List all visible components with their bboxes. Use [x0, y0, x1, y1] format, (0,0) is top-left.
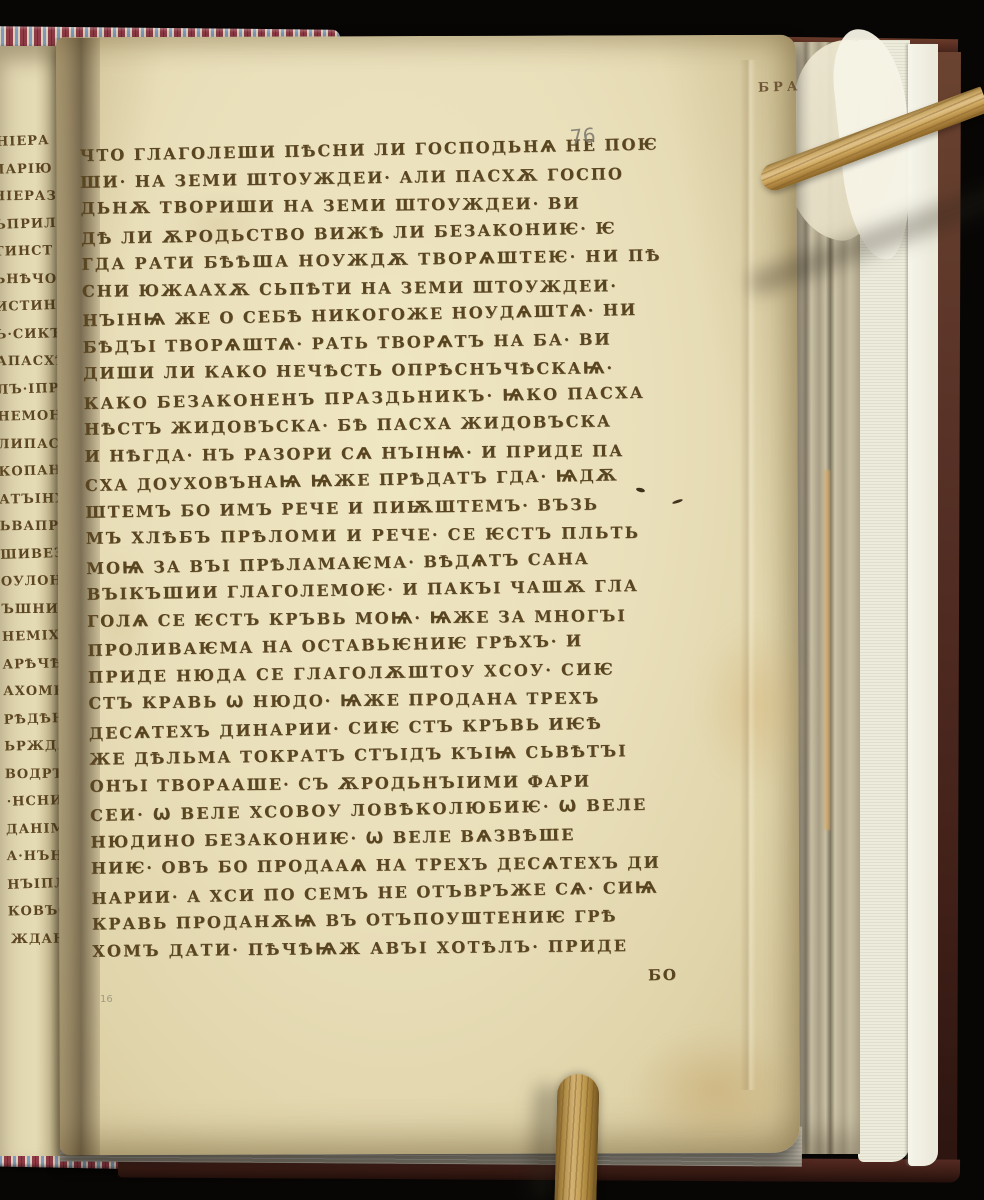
facing-page-line-fragment: Ь·СИКЪ	[0, 320, 54, 349]
facing-page-line-fragment: НЕМОНЕІ	[0, 402, 56, 431]
facing-page-line-fragment: А·НЪНЕ	[7, 843, 64, 871]
facing-page-line-fragment: ТИНСТ	[0, 237, 52, 266]
facing-page-line-fragment: АРѢЧѢ	[2, 650, 61, 679]
facing-page-line-fragment: КОПАН	[0, 457, 57, 486]
facing-page-line-fragment: ПАРІЮ	[0, 155, 51, 184]
facing-page-line-fragment: АТЪІНХ	[0, 485, 57, 514]
wooden-page-holder-stick-bottom	[554, 1073, 599, 1200]
pencil-folio-number: 76	[569, 123, 597, 150]
facing-page-text-column: НІЕРАПАРІЮНІЕРАЗЪПРИЛОТИНСТЬНѢЧОУИСТИНЬ·…	[0, 127, 64, 953]
facing-page-line-fragment: НІЕРАЗ	[0, 183, 51, 211]
facing-page-line-fragment: ЪПРИЛО	[0, 210, 52, 239]
fore-edge-stain	[824, 470, 830, 830]
facing-page-line-fragment: НІЕРА	[0, 127, 50, 156]
facing-page-line-fragment: НЪІПЛѢ	[7, 870, 64, 899]
facing-page-line-fragment: ЬНѢЧОУ	[0, 265, 53, 293]
facing-page-line-fragment: ОУЛОНЪ	[1, 567, 60, 596]
facing-page-line-fragment: ИСТИН	[0, 292, 54, 321]
facing-page-line-fragment: РѢДѢН	[3, 705, 62, 734]
manuscript-photo: НІЕРАПАРІЮНІЕРАЗЪПРИЛОТИНСТЬНѢЧОУИСТИНЬ·…	[0, 0, 984, 1200]
manuscript-text-block: ЧТО ГЛАГОЛЕШИ ПѢСНИ ЛИ ГОСПОДЬНѦ НЕ ПОѤШ…	[80, 131, 693, 965]
facing-page-line-fragment: ЛЪ·ІПР	[0, 375, 55, 404]
facing-page-line-fragment: АХОМВ	[3, 678, 61, 706]
parchment-crease	[740, 60, 756, 1090]
facing-page-line-fragment: КОВЪСП	[7, 897, 64, 926]
facing-page-line-fragment: ЛИПАСХ	[0, 430, 56, 458]
facing-page-line-fragment: НЕМІХА	[2, 622, 61, 651]
facing-page-line-fragment: ЖДАН	[8, 925, 64, 953]
facing-page-line-fragment: ЪШНИТ	[1, 595, 59, 623]
facing-page-line-fragment: ДАНІМ	[6, 815, 64, 844]
pencil-small-mark: 16	[100, 994, 113, 1005]
facing-page-line-fragment: ЬВАПРѢ	[0, 513, 58, 541]
quire-corner-mark: БРА	[758, 79, 802, 96]
catchword: БО	[648, 966, 678, 985]
facing-page-line-fragment: ШИВЕЗ	[0, 540, 59, 569]
facing-page-line-fragment: ЬРЖДАН	[4, 732, 63, 761]
facing-page-line-fragment: ВОДРЪЖ	[5, 760, 63, 788]
manuscript-line: ХОМЪ ДАТИ· ПѢЧѢѨЖ АВЪІ ХОТѢЛЪ· ПРИДЕ	[92, 931, 692, 965]
facing-page-sliver: НІЕРАПАРІЮНІЕРАЗЪПРИЛОТИНСТЬНѢЧОУИСТИНЬ·…	[0, 46, 64, 1156]
facing-page-line-fragment: ·НСНИ	[5, 787, 64, 816]
facing-page-line-fragment: АПАСХѢ	[0, 348, 54, 376]
